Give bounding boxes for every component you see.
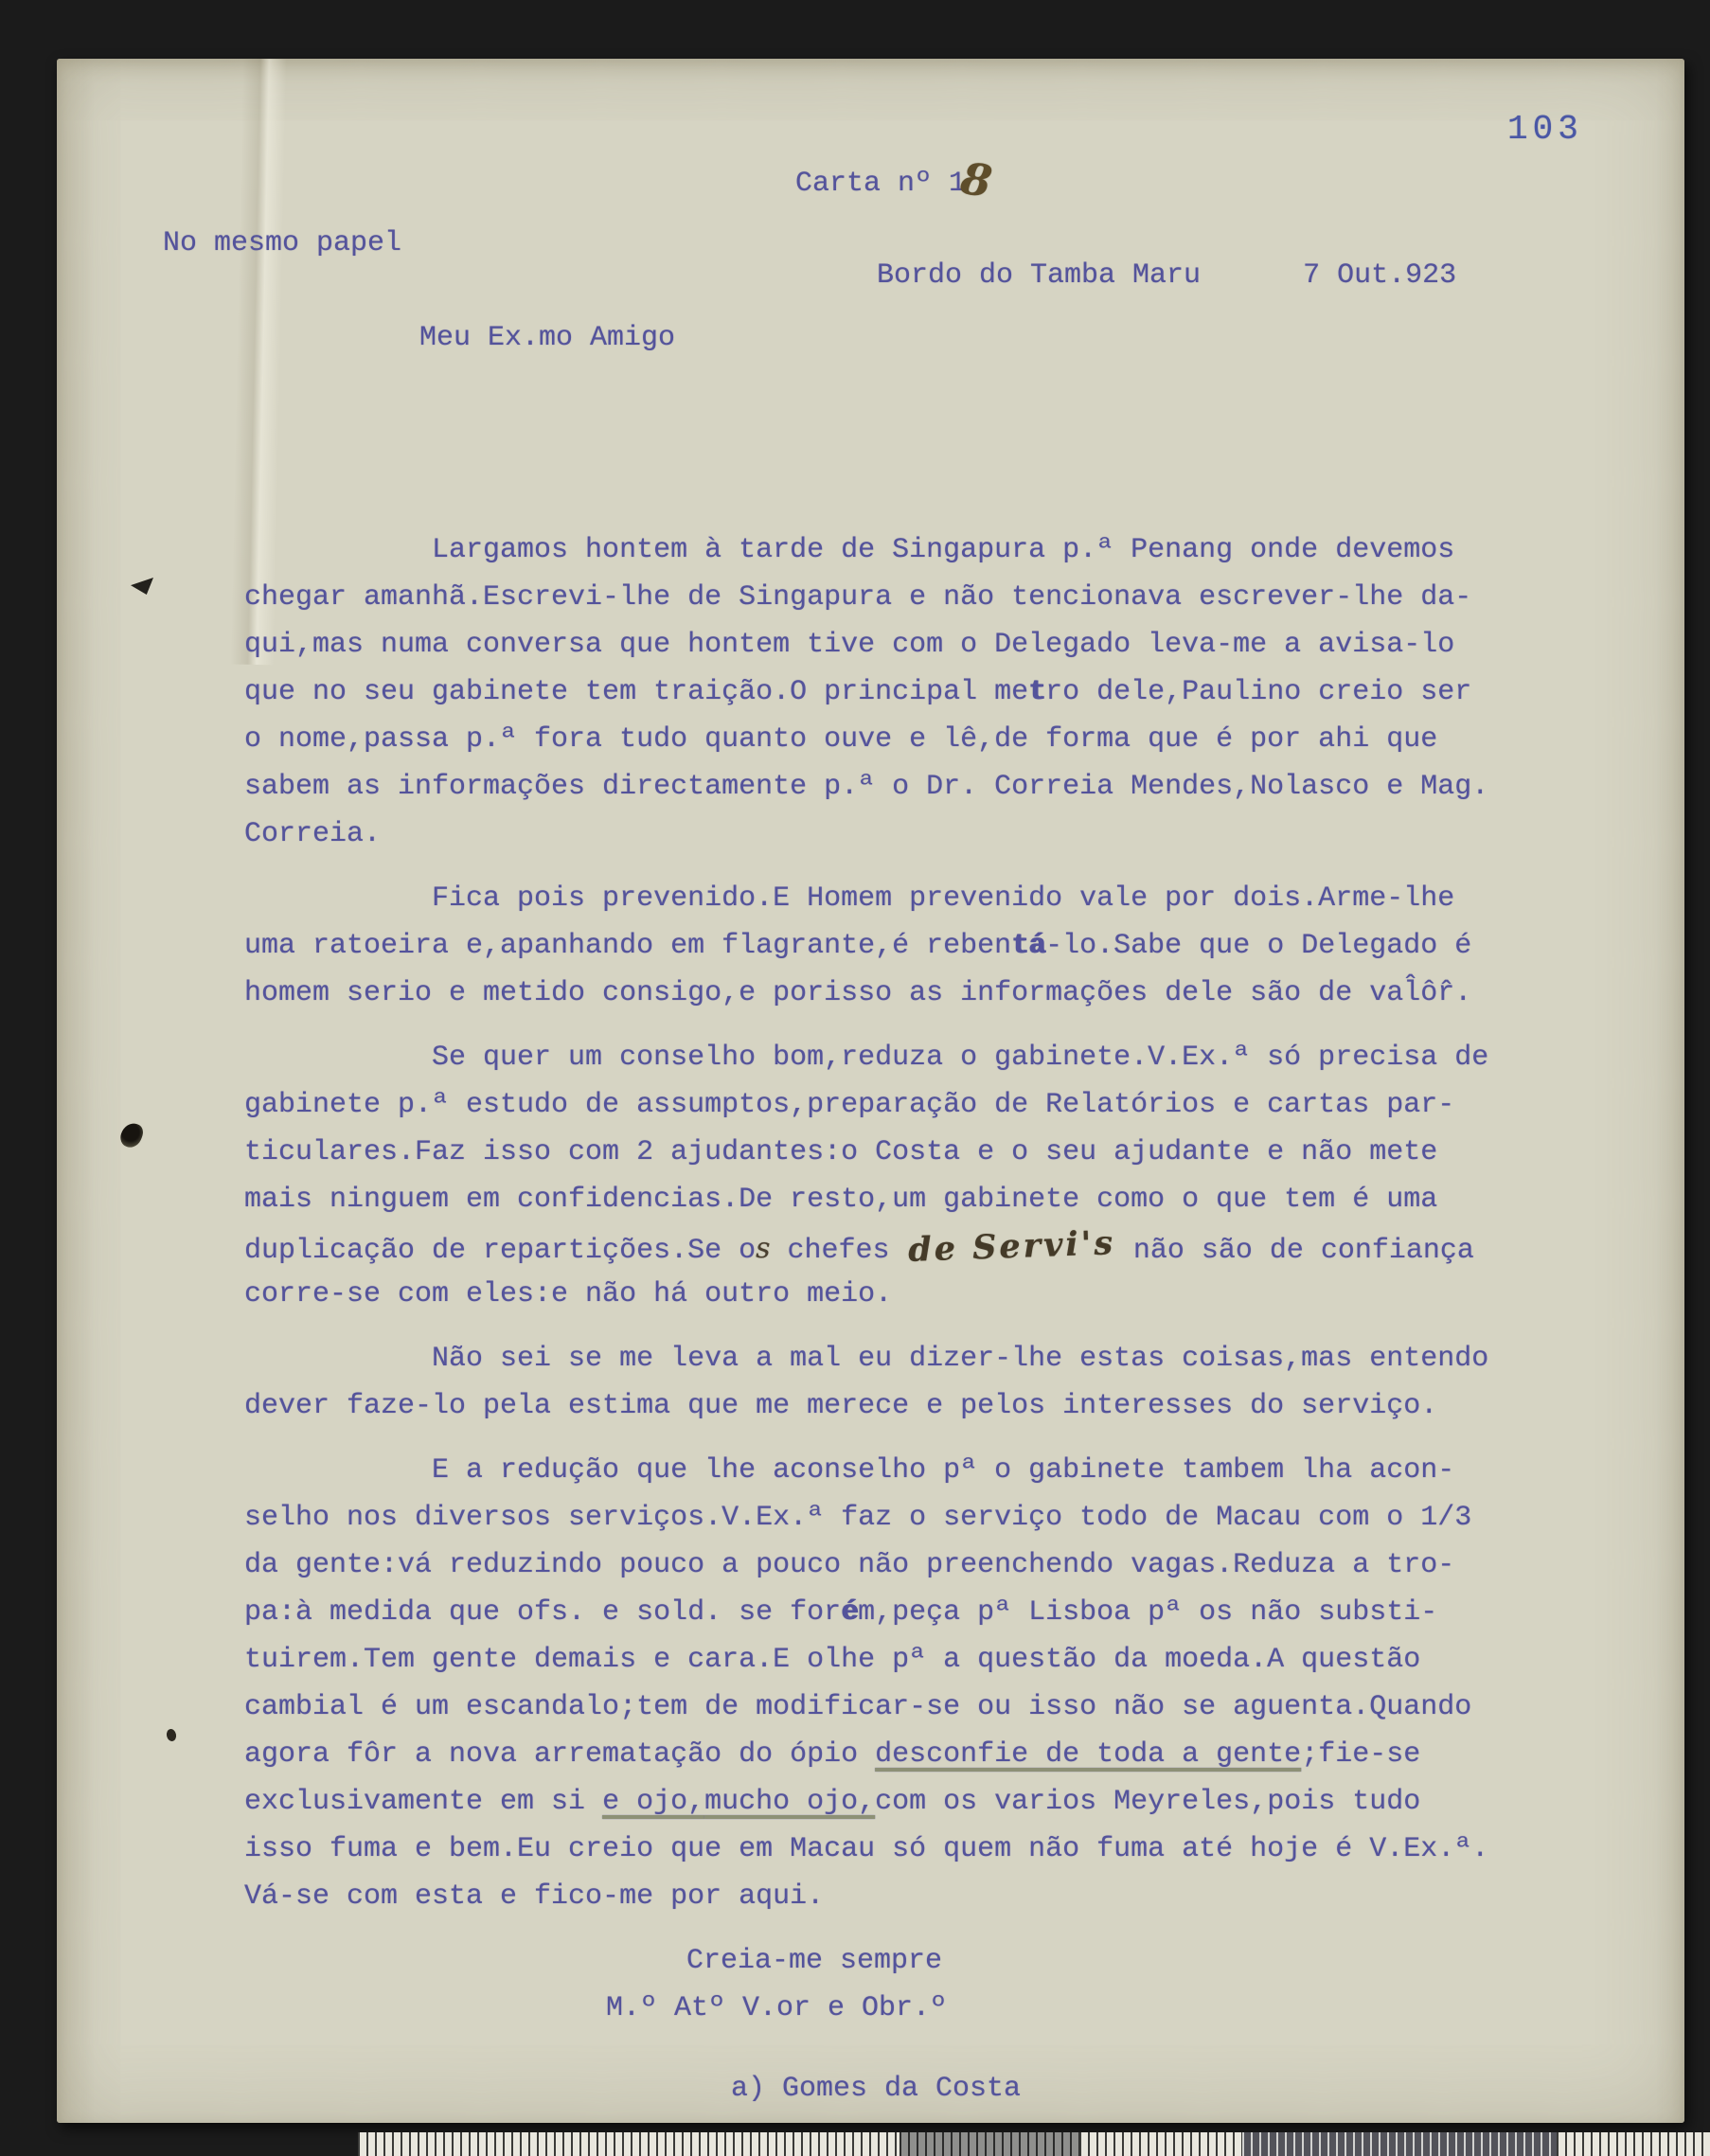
salutation: Meu Ex.mo Amigo [419, 314, 675, 362]
text-line: Correia. [244, 811, 1532, 858]
paragraph: Largamos hontem à tarde de Singapura p.ª… [244, 526, 1532, 858]
typed-text: -lo.Sabe que o Delegado é [1045, 930, 1471, 962]
typed-text: Fica pois prevenido.E Homem prevenido va… [244, 882, 1454, 915]
text-line: mais ninguem em confidencias.De resto,um… [244, 1176, 1532, 1223]
typed-text: não são de confiança [1133, 1235, 1474, 1267]
typed-text: que no seu gabinete tem traição.O princi… [244, 676, 1028, 708]
ruler-segment [1557, 2132, 1710, 2156]
typed-text: Vá-se com esta e fico-me por aqui. [244, 1880, 824, 1913]
typed-text: chefes [771, 1235, 890, 1267]
pencil-underlined-text: desconfie de toda a gente [875, 1738, 1301, 1771]
text-line: agora fôr a nova arrematação do ópio des… [244, 1731, 1532, 1778]
text-line: chegar amanhã.Escrevi-lhe de Singapura e… [244, 574, 1532, 621]
text-line: cambial é um escandalo;tem de modificar-… [244, 1684, 1532, 1731]
typed-text: uma ratoeira e,apanhando em flagrante,é … [244, 930, 1011, 962]
paragraph: E a redução que lhe aconselho pª o gabin… [244, 1447, 1532, 1920]
paragraph: Se quer um conselho bom,reduza o gabinet… [244, 1034, 1532, 1318]
letter-title: Carta nº 18 [795, 151, 992, 207]
text-line: que no seu gabinete tem traição.O princi… [244, 668, 1532, 716]
scan-ruler [358, 2132, 1710, 2156]
overstruck-text: t [1028, 676, 1045, 708]
typed-text: corre-se com eles:e não há outro meio. [244, 1278, 892, 1310]
text-line: dever faze-lo pela estima que me merece … [244, 1382, 1532, 1430]
typed-text: dever faze-lo pela estima que me merece … [244, 1390, 1437, 1422]
typed-text: ;fie-se [1301, 1738, 1420, 1771]
typed-text: cambial é um escandalo;tem de modificar-… [244, 1691, 1471, 1723]
text-line: Não sei se me leva a mal eu dizer-lhe es… [244, 1335, 1532, 1382]
text-line: duplicação de repartições.Se os chefes d… [244, 1223, 1532, 1271]
typed-text: tuirem.Tem gente demais e cara.E olhe pª… [244, 1644, 1420, 1676]
text-line: gabinete p.ª estudo de assumptos,prepara… [244, 1081, 1532, 1129]
ruler-segment [358, 2132, 900, 2156]
text-line: tuirem.Tem gente demais e cara.E olhe pª… [244, 1636, 1532, 1684]
text-line: uma ratoeira e,apanhando em flagrante,é … [244, 922, 1532, 970]
typed-text: com os varios Meyreles,pois tudo [875, 1786, 1420, 1818]
text-line: E a redução que lhe aconselho pª o gabin… [244, 1447, 1532, 1494]
closing-line: M.º Atº V.or e Obr.º [606, 1985, 1532, 2032]
ruler-segment [1079, 2132, 1242, 2156]
note-same-paper: No mesmo papel [163, 220, 401, 267]
text-line: selho nos diversos serviços.V.Ex.ª faz o… [244, 1494, 1532, 1541]
text-line: Largamos hontem à tarde de Singapura p.ª… [244, 526, 1532, 574]
typed-text: chegar amanhã.Escrevi-lhe de Singapura e… [244, 581, 1471, 614]
text-line: exclusivamente em si e ojo,mucho ojo,com… [244, 1778, 1532, 1826]
paragraph: Fica pois prevenido.E Homem prevenido va… [244, 875, 1532, 1017]
typed-text: mais ninguem em confidencias.De resto,um… [244, 1184, 1437, 1216]
text-line: Vá-se com esta e fico-me por aqui. [244, 1873, 1532, 1920]
typed-text: exclusivamente em si [244, 1786, 602, 1818]
text-line: corre-se com eles:e não há outro meio. [244, 1271, 1532, 1318]
typed-text: selho nos diversos serviços.V.Ex.ª faz o… [244, 1502, 1471, 1534]
text-line: da gente:vá reduzindo pouco a pouco não … [244, 1541, 1532, 1589]
text-line: sabem as informações directamente p.ª o … [244, 763, 1532, 811]
text-line: Se quer um conselho bom,reduza o gabinet… [244, 1034, 1532, 1081]
dateline: Bordo do Tamba Maru 7 Out.923 [877, 252, 1456, 299]
pencil-underlined-text: e ojo, [602, 1786, 704, 1818]
typed-text: Não sei se me leva a mal eu dizer-lhe es… [244, 1343, 1488, 1375]
typed-text: qui,mas numa conversa que hontem tive co… [244, 629, 1454, 661]
text-line: Fica pois prevenido.E Homem prevenido va… [244, 875, 1532, 922]
closing-block: Creia-me sempreM.º Atº V.or e Obr.ºa) Go… [244, 1937, 1532, 2112]
closing-line: Creia-me sempre [686, 1937, 1532, 1985]
letter-body: Largamos hontem à tarde de Singapura p.ª… [244, 384, 1532, 2112]
typed-text: homem serio e metido consigo,e porisso a… [244, 977, 1471, 1009]
text-line: o nome,passa p.ª fora tudo quanto ouve e… [244, 716, 1532, 763]
handwritten-letter: s [756, 1232, 770, 1265]
handwritten-digit: 8 [958, 154, 995, 205]
text-line: isso fuma e bem.Eu creio que em Macau só… [244, 1826, 1532, 1873]
overstruck-text: tá [1011, 930, 1045, 962]
typed-text: agora fôr a nova arrematação do ópio [244, 1738, 875, 1771]
text-line: qui,mas numa conversa que hontem tive co… [244, 621, 1532, 668]
typed-text: da gente:vá reduzindo pouco a pouco não … [244, 1549, 1454, 1581]
text-line: homem serio e metido consigo,e porisso a… [244, 970, 1532, 1017]
text-line: ticulares.Faz isso com 2 ajudantes:o Cos… [244, 1129, 1532, 1176]
typed-text: Correia. [244, 818, 381, 850]
typed-text: sabem as informações directamente p.ª o … [244, 771, 1488, 803]
typed-text: pa:à medida que ofs. e sold. se for [244, 1596, 841, 1629]
typed-text: duplicação de repartições.Se o [244, 1235, 756, 1267]
pencil-underlined-text: mucho ojo, [704, 1786, 875, 1818]
scanned-letter-page: 103 Carta nº 18 No mesmo papel Bordo do … [0, 0, 1710, 2156]
ruler-segment [900, 2132, 1079, 2156]
signature: a) Gomes da Costa [731, 2065, 1532, 2112]
page-number: 103 [1507, 106, 1583, 153]
typed-text: isso fuma e bem.Eu creio que em Macau só… [244, 1833, 1488, 1865]
typed-text: gabinete p.ª estudo de assumptos,prepara… [244, 1089, 1454, 1121]
typed-text: o nome,passa p.ª fora tudo quanto ouve e… [244, 723, 1437, 756]
typed-text: ro dele,Paulino creio ser [1045, 676, 1471, 708]
typed-text: Se quer um conselho bom,reduza o gabinet… [244, 1042, 1488, 1074]
typed-text: E a redução que lhe aconselho pª o gabin… [244, 1454, 1454, 1487]
text-line: pa:à medida que ofs. e sold. se forém,pe… [244, 1589, 1532, 1636]
letter-title-typed: Carta nº 1 [795, 168, 966, 200]
paragraph: Não sei se me leva a mal eu dizer-lhe es… [244, 1335, 1532, 1430]
typed-text: Largamos hontem à tarde de Singapura p.ª… [244, 534, 1454, 566]
handwritten-insertion: de Servi's [893, 1220, 1131, 1275]
ruler-segment [1242, 2132, 1557, 2156]
overstruck-text: é [841, 1596, 858, 1629]
typed-text: m,peça pª Lisboa pª os não substi- [858, 1596, 1437, 1629]
typed-text: ticulares.Faz isso com 2 ajudantes:o Cos… [244, 1136, 1437, 1168]
